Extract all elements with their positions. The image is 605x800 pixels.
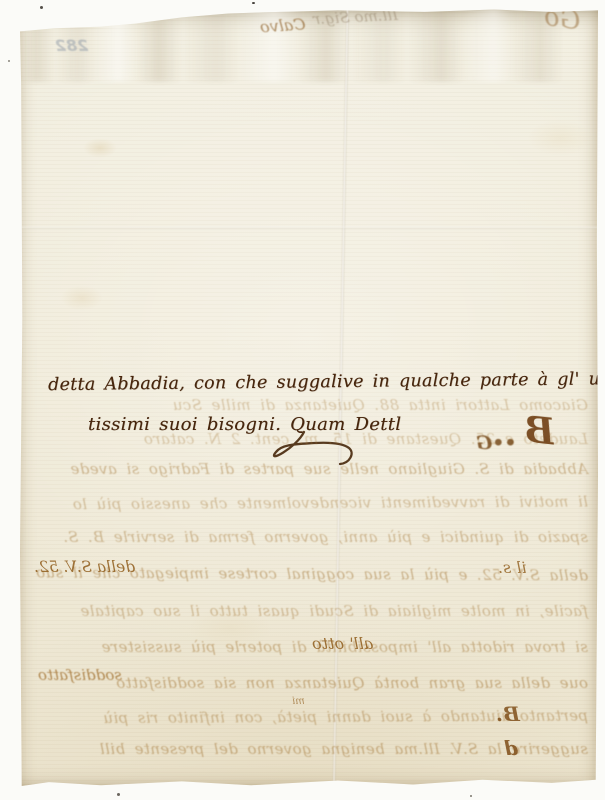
dust-speck <box>8 60 10 62</box>
dust-speck <box>470 795 472 797</box>
horizontal-fold-crease <box>20 227 598 229</box>
ink-bleedthrough-line: facile, in molte migliaia di Scudi quasi… <box>36 602 588 620</box>
flourish-bleedthrough: Go <box>542 2 582 37</box>
dust-speck <box>117 793 120 796</box>
dust-speck <box>40 6 43 9</box>
burn-through-blot: ••G <box>476 432 517 454</box>
pencil-folio-number: 282 <box>55 36 88 55</box>
burn-through-blot: d <box>504 736 518 760</box>
burn-through-blot: B <box>522 409 557 454</box>
burn-through-fragment: della S.V. 52. <box>34 558 135 576</box>
manuscript-text-line-1: detta Abbadia, con che suggalive in qual… <box>48 369 605 395</box>
ink-bleedthrough-line: Abbadia di S. Giugliano nelle sue partes… <box>36 460 588 478</box>
ink-bleedthrough-line: li motivi di ravvedimenti vicendevolment… <box>36 493 588 514</box>
dust-speck <box>252 2 255 4</box>
ink-bleedthrough-line: Giacomo Lattori intta 88. Quietanza di m… <box>36 396 588 414</box>
address-bleedthrough-dark: Calvo <box>259 14 306 36</box>
superscript-bleedthrough: mi <box>292 696 305 707</box>
burn-through-blot: B. <box>496 702 520 726</box>
ink-bleedthrough-line: spazio di quindici e più anni, governo f… <box>36 528 588 546</box>
scan-background: 282 Ill.mo Sig.r Calvo Go detta Abbadia,… <box>0 0 605 800</box>
letter-page: 282 Ill.mo Sig.r Calvo Go detta Abbadia,… <box>20 8 598 786</box>
burn-through-fragment: soddisfatto <box>38 666 122 684</box>
burn-through-fragment: all' otto <box>312 634 373 653</box>
burn-through-fragment: il s. <box>498 558 527 577</box>
